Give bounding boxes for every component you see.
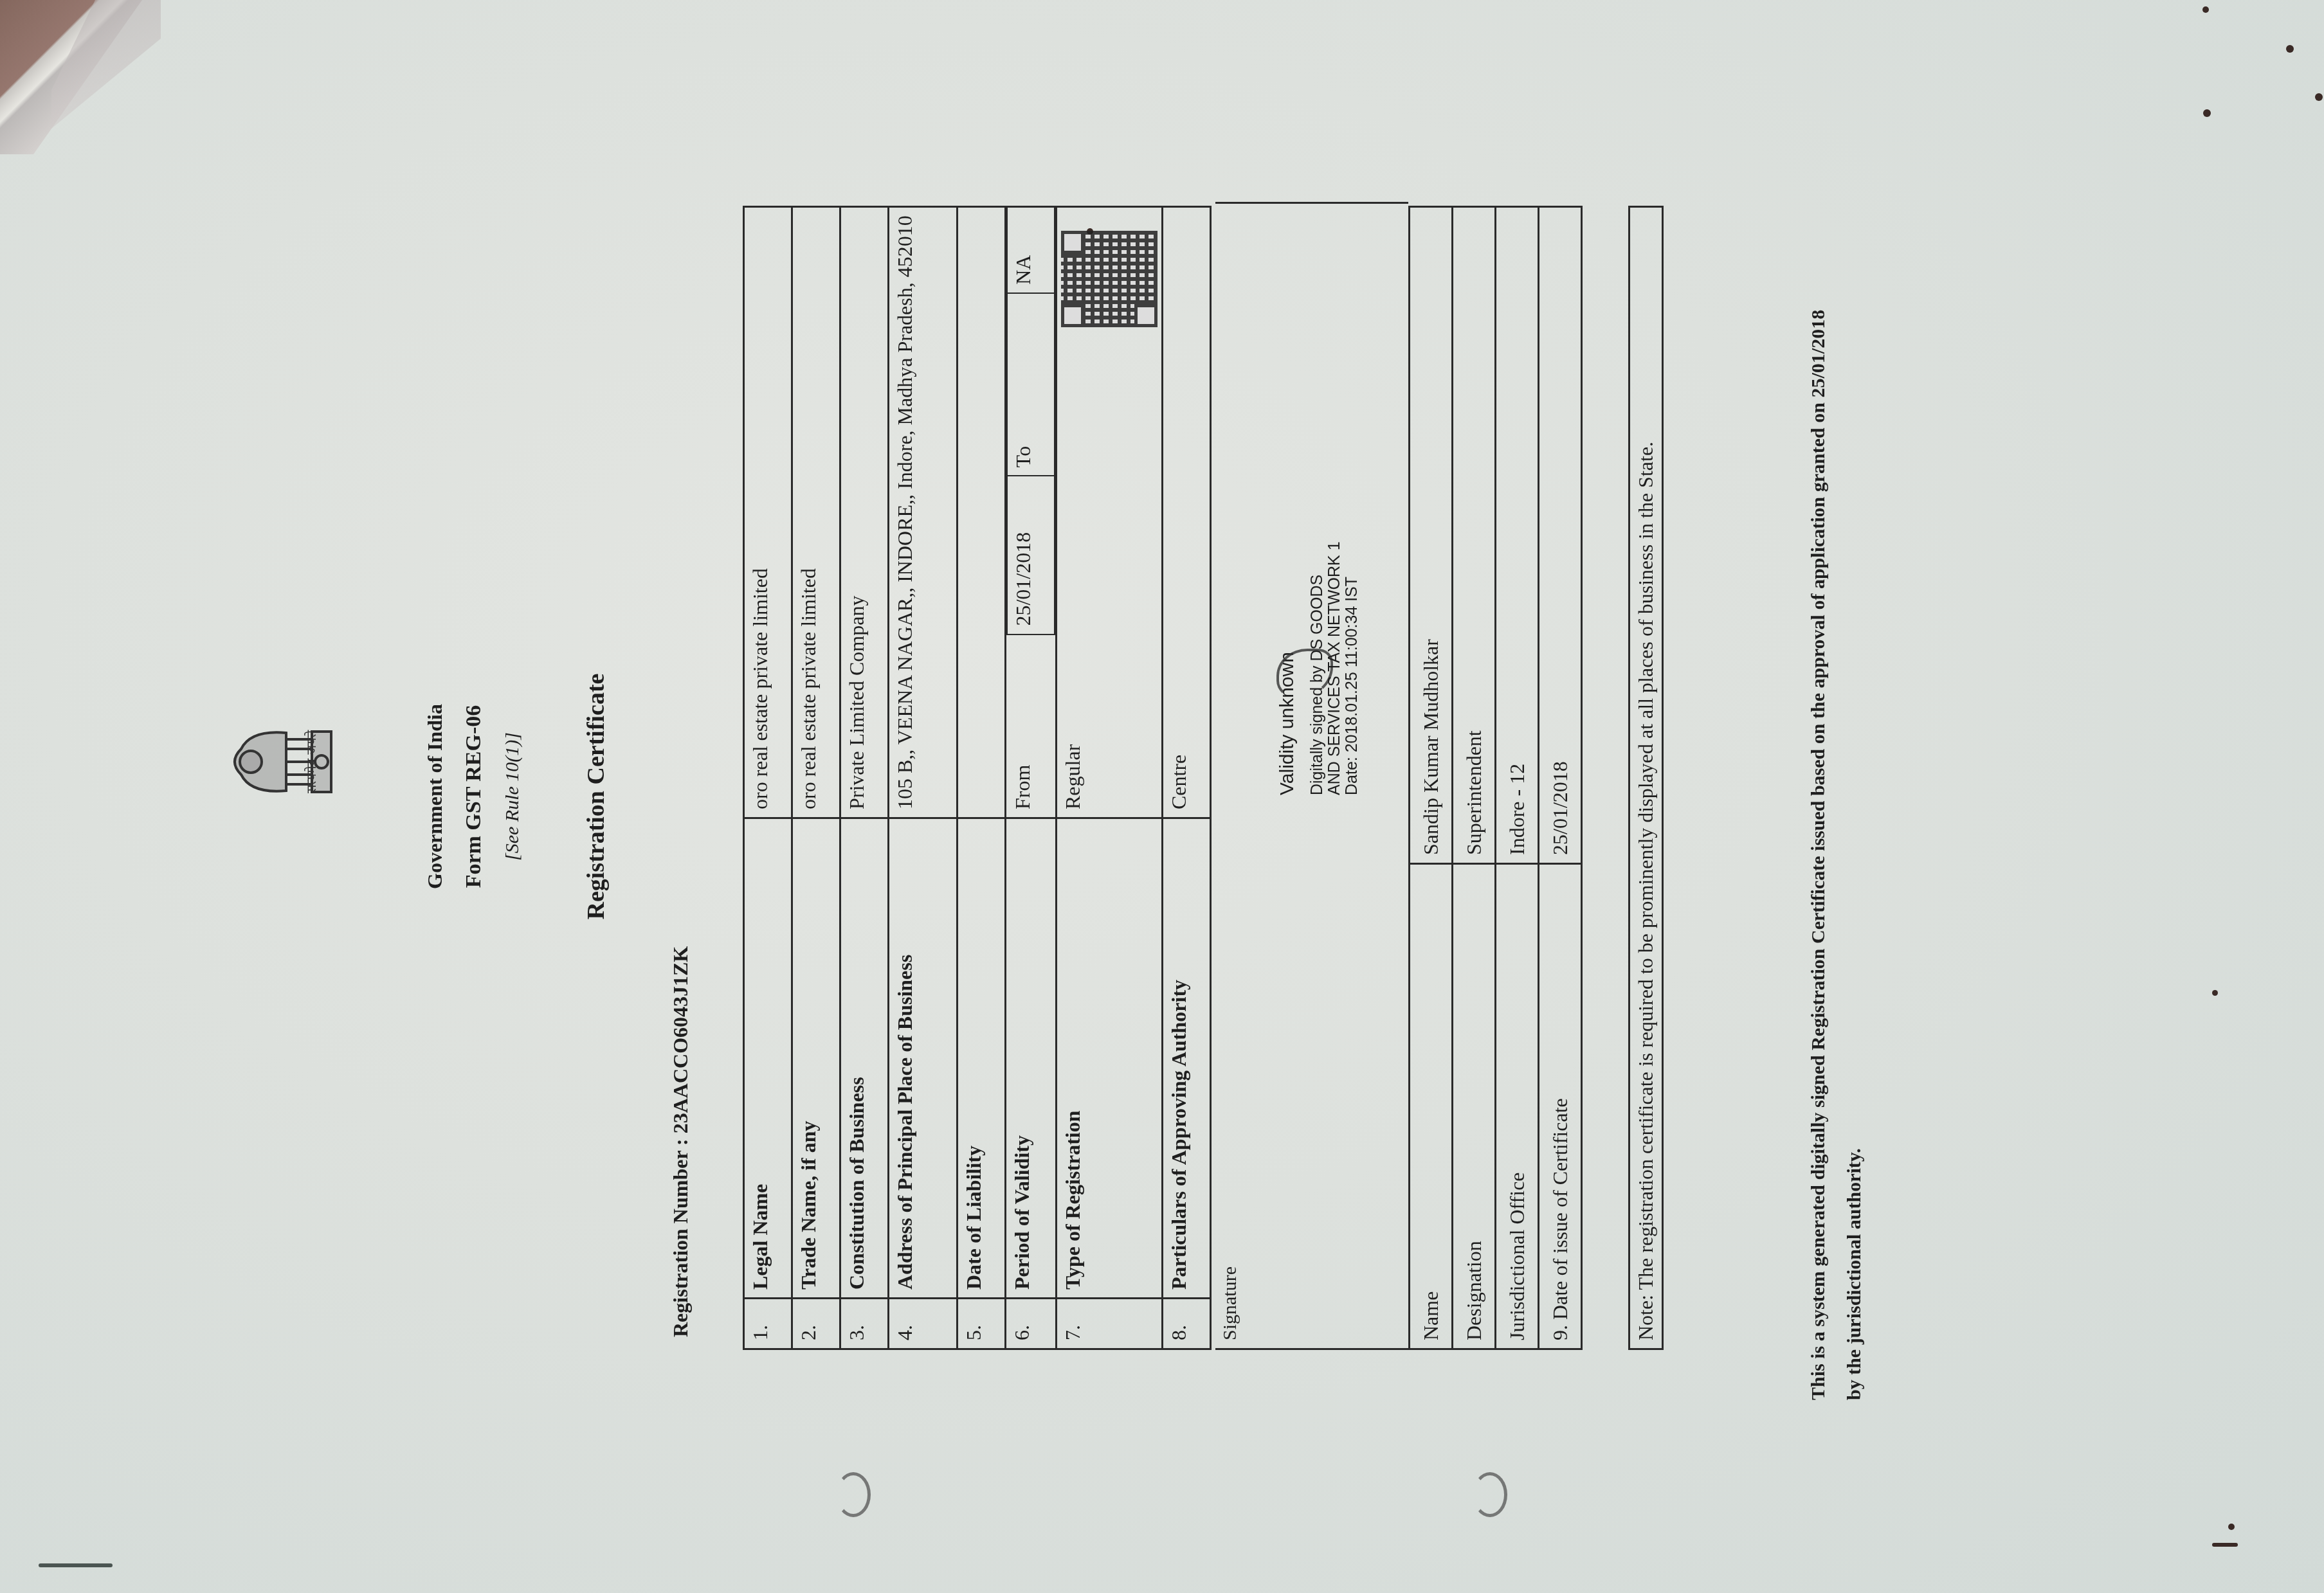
row-label: Particulars of Approving Authority [1163, 818, 1211, 1299]
validity-period-table: From 25/01/2018 To NA [1006, 208, 1055, 817]
row-number: 6. [1006, 1299, 1057, 1349]
rule-reference: [See Rule 10(1)] [502, 0, 523, 1593]
footer-line: This is a system generated digitally sig… [1801, 147, 1837, 1400]
approving-authority-table: Name Sandip Kumar Mudholkar Designation … [1408, 206, 1583, 1350]
row-number: 1. [744, 1299, 792, 1349]
address-value: 105 B,, VEENA NAGAR,, INDORE,, Indore, M… [889, 207, 958, 818]
row-label: Address of Principal Place of Business [889, 818, 958, 1299]
table-row: 4. Address of Principal Place of Busines… [889, 207, 958, 1349]
gst-registration-certificate: सत्यमेव जयते Government of India Form GS… [0, 0, 2324, 1593]
trade-name-value: oro real estate private limited [792, 207, 840, 818]
authority-name: Sandip Kumar Mudholkar [1410, 207, 1453, 864]
registration-number-value: 23AACCO6043J1ZK [669, 946, 692, 1134]
authority-label: Designation [1453, 864, 1496, 1349]
ashoka-emblem-icon [225, 720, 363, 804]
registration-type-value: Regular [1061, 744, 1085, 809]
government-heading: Government of India [423, 0, 447, 1593]
signature-section: Signature Validity unknown Digitally sig… [1215, 202, 1408, 1350]
table-row: 7. Type of Registration Regular [1057, 207, 1163, 1349]
row-number: 2. [792, 1299, 840, 1349]
date-of-liability-value [958, 207, 1006, 818]
to-date: NA [1007, 208, 1055, 293]
row-label: Period of Validity [1006, 818, 1057, 1299]
row-label: Trade Name, if any [792, 818, 840, 1299]
table-row: Name Sandip Kumar Mudholkar [1410, 207, 1453, 1349]
registration-number-label: Registration Number : [669, 1138, 692, 1337]
issue-date: 25/01/2018 [1539, 207, 1582, 864]
table-row: Jurisdictional Office Indore - 12 [1496, 207, 1539, 1349]
table-row: 2. Trade Name, if any oro real estate pr… [792, 207, 840, 1349]
table-row: 9. Date of issue of Certificate 25/01/20… [1539, 207, 1582, 1349]
authority-label: Jurisdictional Office [1496, 864, 1539, 1349]
signature-label: Signature [1219, 1266, 1241, 1340]
table-row: 8. Particulars of Approving Authority Ce… [1163, 207, 1211, 1349]
from-label: From [1007, 634, 1055, 817]
authority-label: Name [1410, 864, 1453, 1349]
row-label: Constitution of Business [840, 818, 889, 1299]
qr-code-icon [1061, 231, 1157, 327]
form-name: Form GST REG-06 [462, 0, 486, 1593]
table-row: Designation Superintendent [1453, 207, 1496, 1349]
approving-authority-value: Centre [1163, 207, 1211, 818]
row-number: 5. [958, 1299, 1006, 1349]
display-note: Note: The registration certificate is re… [1628, 206, 1664, 1350]
table-row: 6. Period of Validity From 25/01/2018 To… [1006, 207, 1057, 1349]
row-label: Legal Name [744, 818, 792, 1299]
constitution-value: Private Limited Company [840, 207, 889, 818]
footer-line: by the jurisdictional authority. [1837, 147, 1873, 1400]
row-label: Date of Liability [958, 818, 1006, 1299]
row-number: 3. [840, 1299, 889, 1349]
authority-label: 9. Date of issue of Certificate [1539, 864, 1582, 1349]
legal-name-value: oro real estate private limited [744, 207, 792, 818]
validity-cell: From 25/01/2018 To NA [1006, 207, 1057, 818]
row-number: 7. [1057, 1299, 1163, 1349]
certificate-title: Registration Certificate [582, 0, 610, 1593]
row-label: Type of Registration [1057, 818, 1163, 1299]
from-date: 25/01/2018 [1007, 476, 1055, 634]
table-row: 3. Constitution of Business Private Limi… [840, 207, 889, 1349]
authority-designation: Superintendent [1453, 207, 1496, 864]
signature-date: Date: 2018.01.25 11:00:34 IST [1343, 541, 1361, 795]
jurisdictional-office: Indore - 12 [1496, 207, 1539, 864]
table-row: 5. Date of Liability [958, 207, 1006, 1349]
row-number: 4. [889, 1299, 958, 1349]
registration-details-table: 1. Legal Name oro real estate private li… [743, 206, 1212, 1350]
signature-line: AND SERVICES TAX NETWORK 1 [1326, 541, 1343, 795]
row-number: 8. [1163, 1299, 1211, 1349]
to-label: To [1007, 293, 1055, 476]
table-row: 1. Legal Name oro real estate private li… [744, 207, 792, 1349]
motto-text: सत्यमेव जयते [302, 720, 320, 804]
signature-line: Digitally signed by DS GOODS [1309, 541, 1326, 795]
footer-statement: This is a system generated digitally sig… [1801, 147, 1873, 1400]
registration-number: Registration Number : 23AACCO6043J1ZK [669, 946, 693, 1337]
digital-signature-text: Digitally signed by DS GOODS AND SERVICE… [1309, 541, 1361, 795]
registration-type-cell: Regular [1057, 207, 1163, 818]
